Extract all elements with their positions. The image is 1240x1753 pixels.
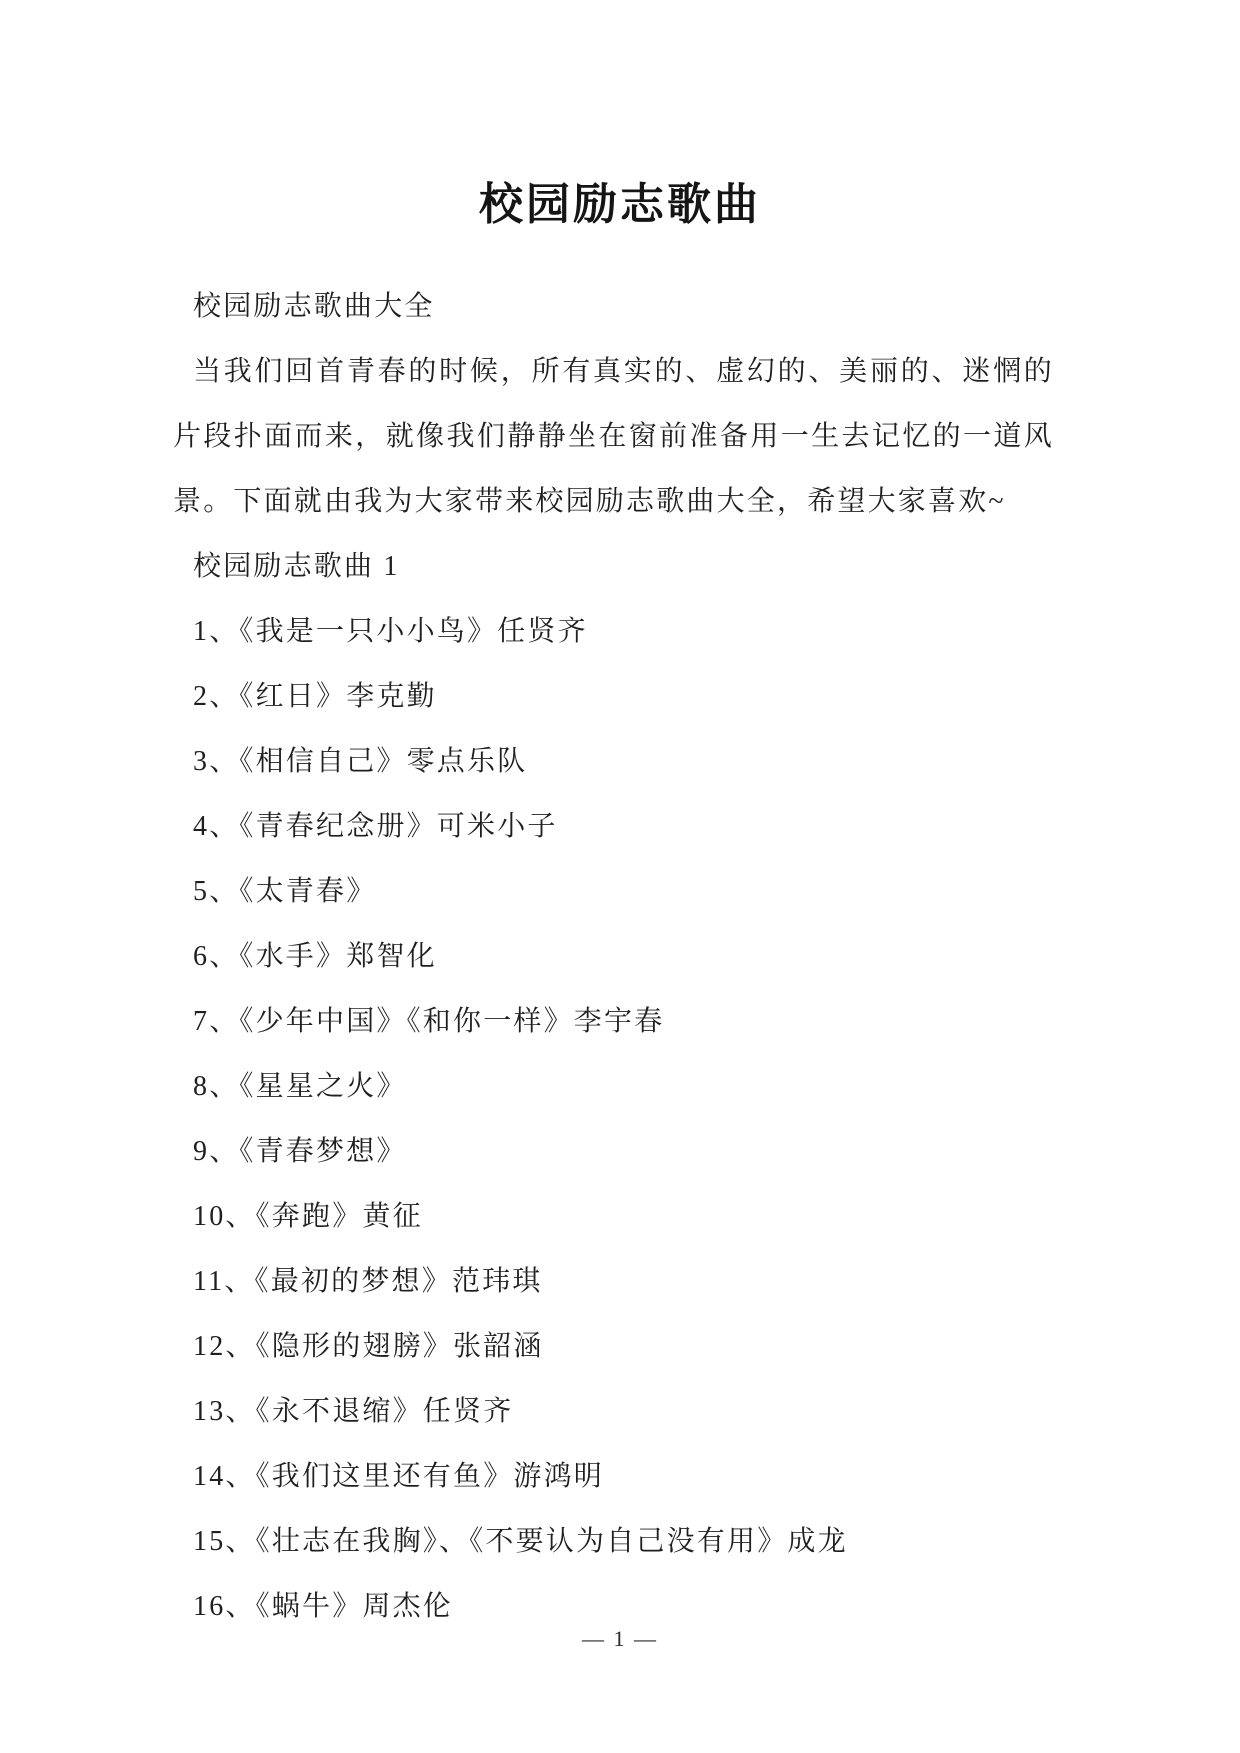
song-list: 1、《我是一只小小鸟》任贤齐 2、《红日》李克勤 3、《相信自己》零点乐队 4、… <box>173 599 1054 1639</box>
document-title: 校园励志歌曲 <box>0 29 1240 228</box>
page-number: — 1 — <box>0 1624 1240 1654</box>
song-list-item: 14、《我们这里还有鱼》游鸿明 <box>173 1444 1054 1509</box>
song-list-item: 6、《水手》郑智化 <box>173 924 1054 989</box>
song-list-item: 2、《红日》李克勤 <box>173 664 1054 729</box>
song-list-item: 11、《最初的梦想》范玮琪 <box>173 1249 1054 1314</box>
song-list-item: 13、《永不退缩》任贤齐 <box>173 1379 1054 1444</box>
song-list-item: 4、《青春纪念册》可米小子 <box>173 794 1054 859</box>
intro-paragraph: 当我们回首青春的时候，所有真实的、虚幻的、美丽的、迷惘的片段扑面而来，就像我们静… <box>173 339 1054 534</box>
song-list-item: 12、《隐形的翅膀》张韶涵 <box>173 1314 1054 1379</box>
section-heading: 校园励志歌曲 1 <box>173 534 1054 599</box>
song-list-item: 8、《星星之火》 <box>173 1054 1054 1119</box>
song-list-item: 1、《我是一只小小鸟》任贤齐 <box>173 599 1054 664</box>
document-page: 校园励志歌曲 校园励志歌曲大全 当我们回首青春的时候，所有真实的、虚幻的、美丽的… <box>0 0 1240 1753</box>
song-list-item: 5、《太青春》 <box>173 859 1054 924</box>
song-list-item: 15、《壮志在我胸》、《不要认为自己没有用》成龙 <box>173 1509 1054 1574</box>
song-list-item: 9、《青春梦想》 <box>173 1119 1054 1184</box>
song-list-item: 10、《奔跑》黄征 <box>173 1184 1054 1249</box>
document-body: 校园励志歌曲大全 当我们回首青春的时候，所有真实的、虚幻的、美丽的、迷惘的片段扑… <box>0 274 1240 1639</box>
intro-lead-line: 校园励志歌曲大全 <box>173 274 1054 339</box>
song-list-item: 3、《相信自己》零点乐队 <box>173 729 1054 794</box>
song-list-item: 7、《少年中国》《和你一样》李宇春 <box>173 989 1054 1054</box>
